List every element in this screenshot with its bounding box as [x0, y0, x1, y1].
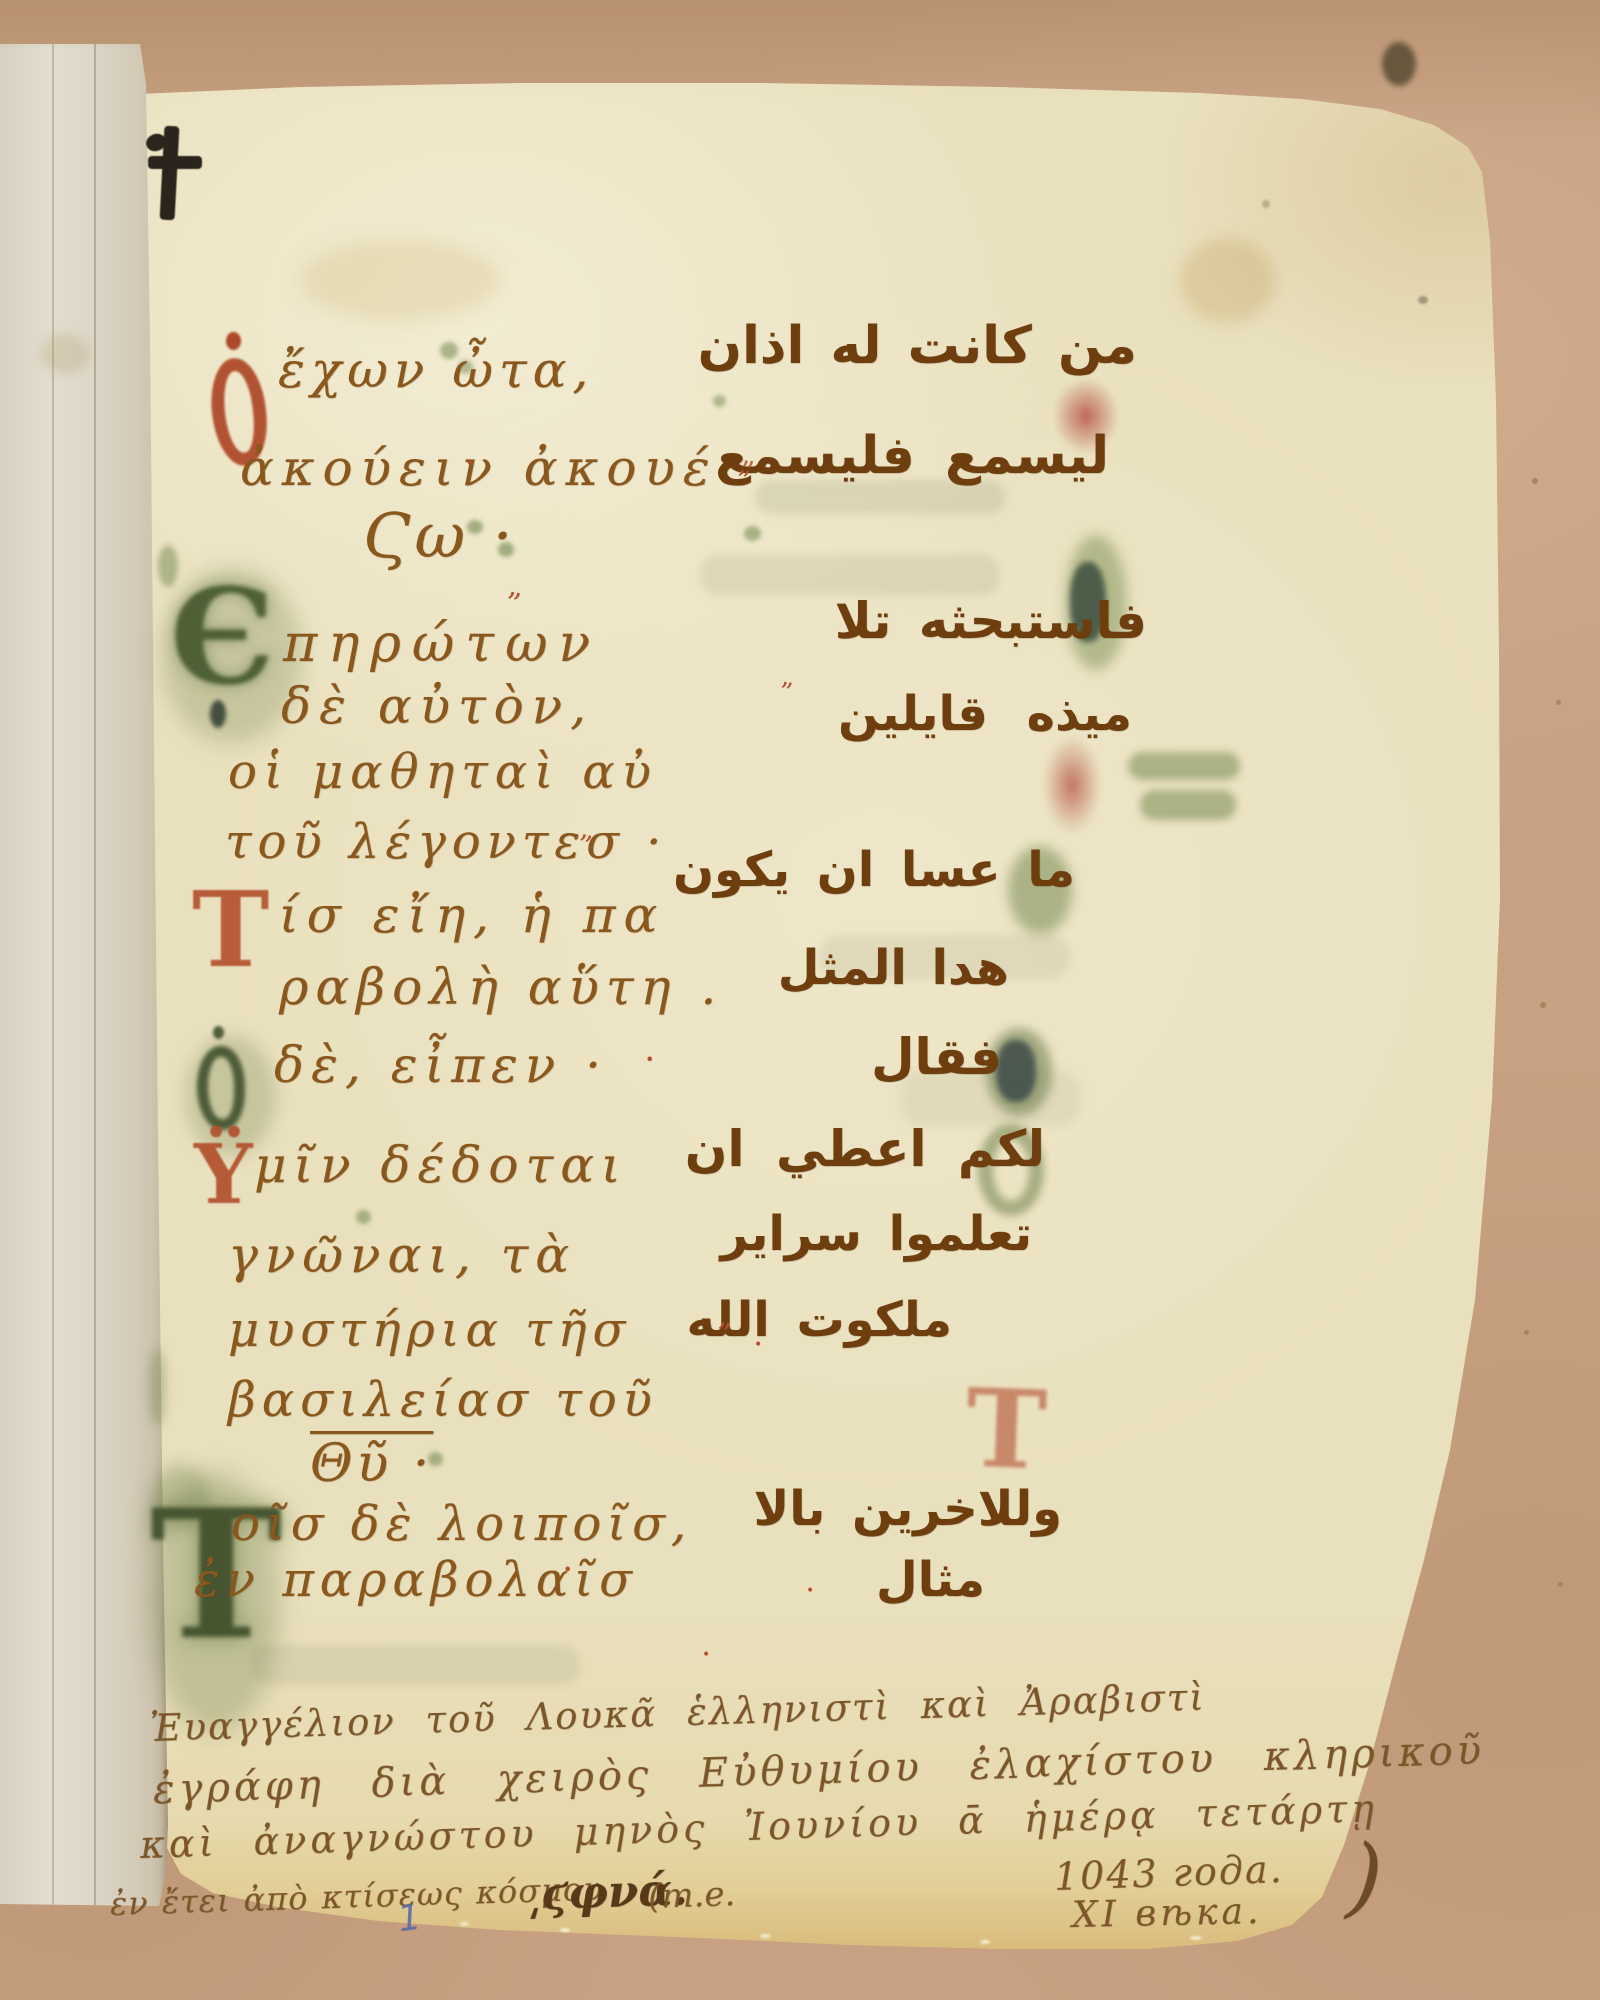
arabic-line: وللاخرين بالا — [748, 1485, 1062, 1533]
page-speck — [1418, 296, 1428, 304]
initial-omicron-green-dot — [213, 1026, 224, 1039]
greek-line: οἱ μαθηταὶ αὐ — [228, 748, 658, 796]
arabic-line: هدا المثل — [793, 944, 1009, 992]
rubric-dot: • — [645, 1052, 654, 1068]
mount-speck — [1540, 1002, 1546, 1008]
greek-line: ίσ εἴη, ἡ πα — [279, 890, 665, 940]
mount-speck — [1556, 700, 1561, 705]
gloss-speck — [560, 1928, 570, 1932]
gloss-speck — [1190, 1936, 1202, 1940]
greek-line: δὲ αὐτὸν, — [281, 681, 594, 731]
guard-fold-crease — [52, 44, 54, 1910]
arabic-line: ميذه قايلين — [763, 690, 1132, 738]
gloss-speck — [760, 1934, 771, 1938]
initial-omicron-red-dot — [226, 332, 241, 350]
colophon-note-open: (т.е. — [647, 1877, 735, 1914]
initial-tau-red: Τ — [192, 878, 269, 982]
ink-cross-mark — [148, 126, 204, 222]
arabic-line: ليسمع فليسمع — [757, 430, 1109, 482]
greek-line: Ϛω · — [363, 505, 516, 567]
colophon-note-century: XI вѣка. — [1072, 1894, 1263, 1934]
greek-line: δὲ, εἶπεν · — [274, 1040, 608, 1090]
greek-line: πηρώτων — [283, 618, 601, 670]
greek-line: ἔχων ὦτα, — [278, 345, 594, 395]
green-offset-stain — [996, 1040, 1036, 1102]
gloss-speck — [460, 1922, 469, 1926]
arabic-line: فاستبحثه تلا — [780, 596, 1147, 646]
greek-line-nomen-sacrum: Θῦ · — [310, 1438, 433, 1490]
rubric-dot: • — [806, 1584, 814, 1598]
greek-line: βασιλείασ τοῦ — [228, 1376, 658, 1424]
greek-line: οῖσ δὲ λοιποῖσ, — [231, 1500, 692, 1548]
rubric-double-tick: ” — [739, 457, 756, 486]
mount-smudge — [1382, 42, 1416, 86]
initial-epsilon-dark-dot — [210, 700, 226, 728]
colophon-closing-paren: ) — [1345, 1832, 1385, 1922]
manuscript-photo: Є Τ Ϋ Τ ἔχων ὦτα, ἀκούειν ἀκουέ Ϛω · πηρ… — [0, 0, 1600, 2000]
greek-line: ἀκούειν ἀκουέ — [240, 443, 718, 493]
red-offset-stain — [1042, 735, 1102, 835]
greek-line: τοῦ λέγοντεσ · — [225, 818, 667, 866]
initial-upsilon-red: Ϋ — [194, 1134, 253, 1216]
greek-line: ραβολὴ αὕτη . — [279, 962, 723, 1012]
greek-line: γνῶναι, τὰ — [228, 1230, 576, 1280]
arabic-line: فقال — [828, 1032, 1002, 1082]
green-offset-stain — [1128, 752, 1240, 780]
greek-line: μυστήρια τῆσ — [228, 1306, 631, 1354]
colophon-note-year: 1043 года. — [1053, 1850, 1284, 1896]
rubric-dot: • — [563, 1562, 572, 1578]
rubric-dot: • — [754, 1338, 762, 1352]
arabic-line: ملكوت الله — [717, 1296, 952, 1344]
green-dot — [713, 395, 726, 407]
mount-speck — [1524, 1330, 1529, 1335]
rubric-dot: • — [702, 1648, 710, 1662]
show-through-text — [700, 555, 1000, 595]
show-through-stain — [300, 240, 500, 320]
green-dot — [356, 1210, 371, 1224]
green-offset-stain — [1140, 790, 1236, 820]
arabic-line: مثال — [865, 1556, 985, 1604]
greek-line: μῖν δέδοται — [254, 1140, 628, 1190]
guard-stain — [40, 334, 90, 374]
show-through-stain — [1180, 238, 1275, 323]
initial-omicron-green — [197, 1046, 245, 1130]
rubric-tau-ornament: Τ — [964, 1375, 1048, 1486]
arabic-line: لكم اعطي ان — [710, 1124, 1045, 1174]
guard-fold-crease — [94, 44, 96, 1910]
arabic-line: ما عسا ان يكون — [737, 846, 1075, 894]
arabic-line: من كانت له اذان — [745, 320, 1137, 372]
gloss-speck — [980, 1940, 990, 1944]
rubric-dot: • — [466, 458, 474, 471]
page-speck — [1262, 200, 1270, 208]
mount-speck — [1532, 478, 1538, 484]
green-dot — [744, 526, 761, 541]
paper-guard-strip — [0, 44, 168, 1910]
mount-speck — [1558, 1582, 1563, 1587]
arabic-line: تعلموا سراير — [730, 1210, 1032, 1258]
show-through-text — [250, 1645, 580, 1685]
initial-epsilon-green: Є — [170, 572, 275, 704]
green-edge-smear — [148, 1348, 166, 1426]
